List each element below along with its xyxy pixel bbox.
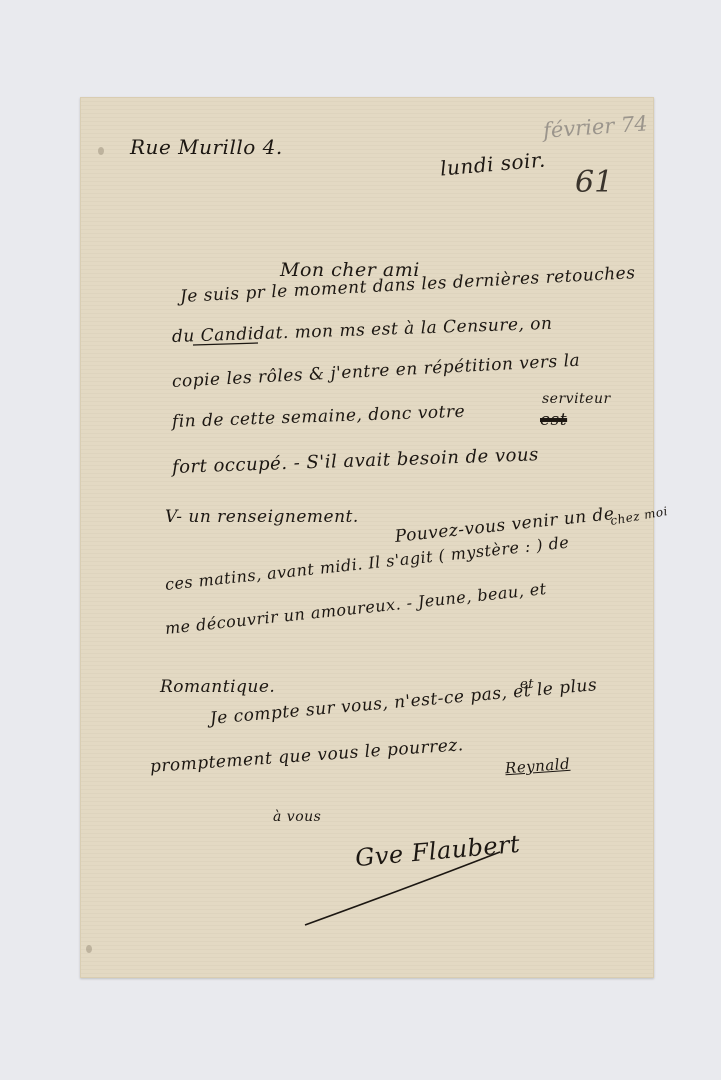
letter-sheet: février 74 61 Rue Murillo 4. lundi soir.… xyxy=(80,97,654,978)
signature-flourish xyxy=(80,97,654,978)
